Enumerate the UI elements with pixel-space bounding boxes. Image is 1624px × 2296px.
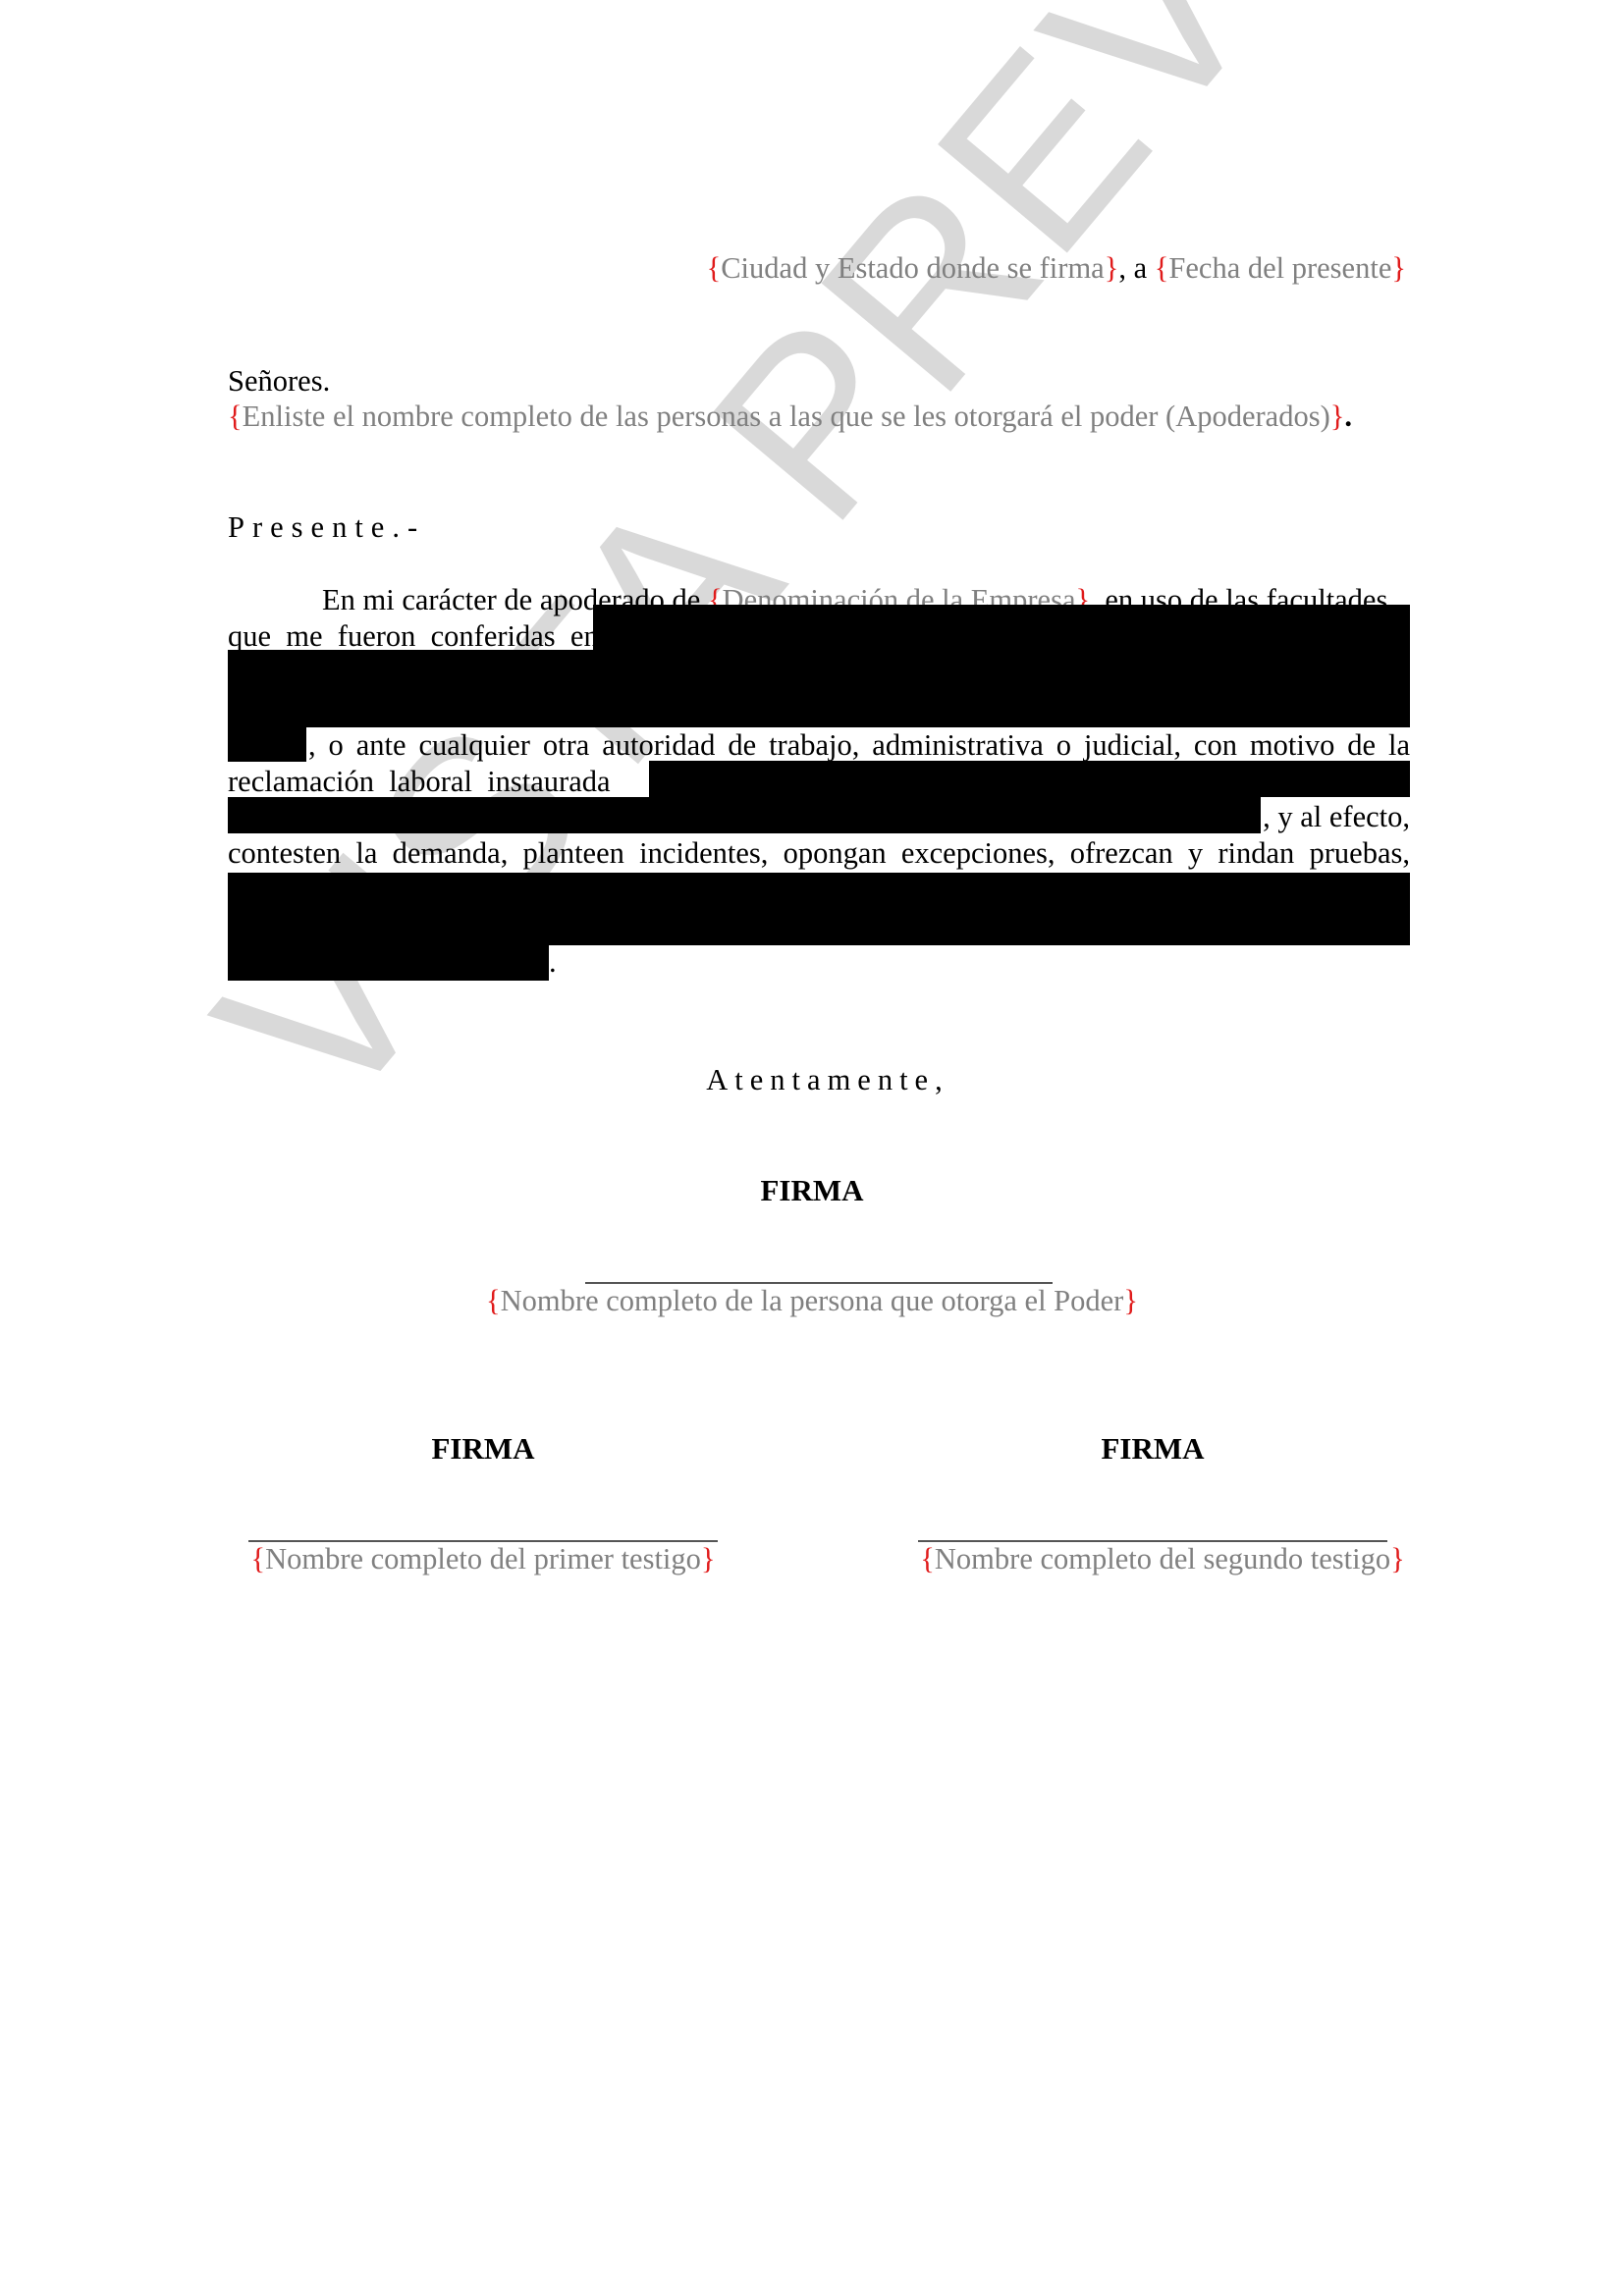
recipients-placeholder[interactable]: Enliste el nombre completo de las person… — [243, 400, 1330, 433]
witness2-signature-label: FIRMA — [897, 1430, 1408, 1467]
body-text: contesten la demanda, planteen incidente… — [228, 836, 1410, 870]
redaction-box — [228, 945, 549, 981]
redaction-box — [228, 873, 1410, 945]
place-date-line: {Ciudad y Estado donde se firma}, a {Fec… — [707, 250, 1406, 287]
brace-close: } — [1330, 400, 1345, 433]
brace-open: { — [1155, 251, 1169, 285]
greeting: Señores. — [228, 363, 330, 400]
brace-close: } — [1105, 251, 1119, 285]
redaction-box — [228, 691, 1410, 727]
witness2-name: {Nombre completo del segundo testigo} — [897, 1541, 1428, 1577]
body-line-9: . — [549, 944, 568, 981]
body-line-4: , o ante cualquier otra autoridad de tra… — [308, 727, 1410, 764]
brace-open: { — [250, 1542, 265, 1575]
redaction-box — [228, 650, 1410, 691]
body-text: . — [549, 945, 557, 979]
recipients-line: {Enliste el nombre completo de las perso… — [228, 399, 1352, 435]
city-placeholder[interactable]: Ciudad y Estado donde se firma — [721, 251, 1104, 285]
presente-heading: Presente.- — [228, 509, 425, 546]
redaction-box — [228, 727, 306, 762]
recipients-period: . — [1344, 400, 1352, 433]
witness1-signature-label: FIRMA — [228, 1430, 738, 1467]
date-connector: , a — [1118, 251, 1154, 285]
body-text: que me fueron conferidas en — [228, 619, 599, 653]
redaction-box — [228, 797, 1261, 833]
body-text: , o ante cualquier otra autoridad de tra… — [308, 728, 1410, 762]
document-content: {Ciudad y Estado donde se firma}, a {Fec… — [0, 0, 1624, 2296]
brace-open: { — [486, 1284, 501, 1317]
document-page: VISTA PREVIA {Ciudad y Estado donde se f… — [0, 0, 1624, 2296]
body-text: reclamación laboral instaurada — [228, 765, 611, 798]
witness1-name: {Nombre completo del primer testigo} — [228, 1541, 738, 1577]
body-line-6: , y al efecto, — [1261, 799, 1410, 835]
witness1-name-placeholder[interactable]: Nombre completo del primer testigo — [265, 1542, 701, 1575]
body-line-7: contesten la demanda, planteen incidente… — [228, 835, 1410, 872]
main-signature-label: FIRMA — [0, 1172, 1624, 1208]
brace-close: } — [701, 1542, 716, 1575]
date-placeholder[interactable]: Fecha del presente — [1168, 251, 1391, 285]
witness2-name-placeholder[interactable]: Nombre completo del segundo testigo — [935, 1542, 1390, 1575]
brace-close: } — [1390, 1542, 1405, 1575]
brace-close: } — [1123, 1284, 1138, 1317]
redaction-box — [649, 761, 1410, 797]
main-signer-name: {Nombre completo de la persona que otorg… — [0, 1283, 1624, 1319]
brace-open: { — [707, 251, 722, 285]
brace-open: { — [920, 1542, 935, 1575]
brace-close: } — [1391, 251, 1406, 285]
brace-open: { — [228, 400, 243, 433]
signer-name-placeholder[interactable]: Nombre completo de la persona que otorga… — [501, 1284, 1124, 1317]
body-text: , y al efecto, — [1263, 800, 1410, 833]
closing: Atentamente, — [0, 1062, 1624, 1098]
